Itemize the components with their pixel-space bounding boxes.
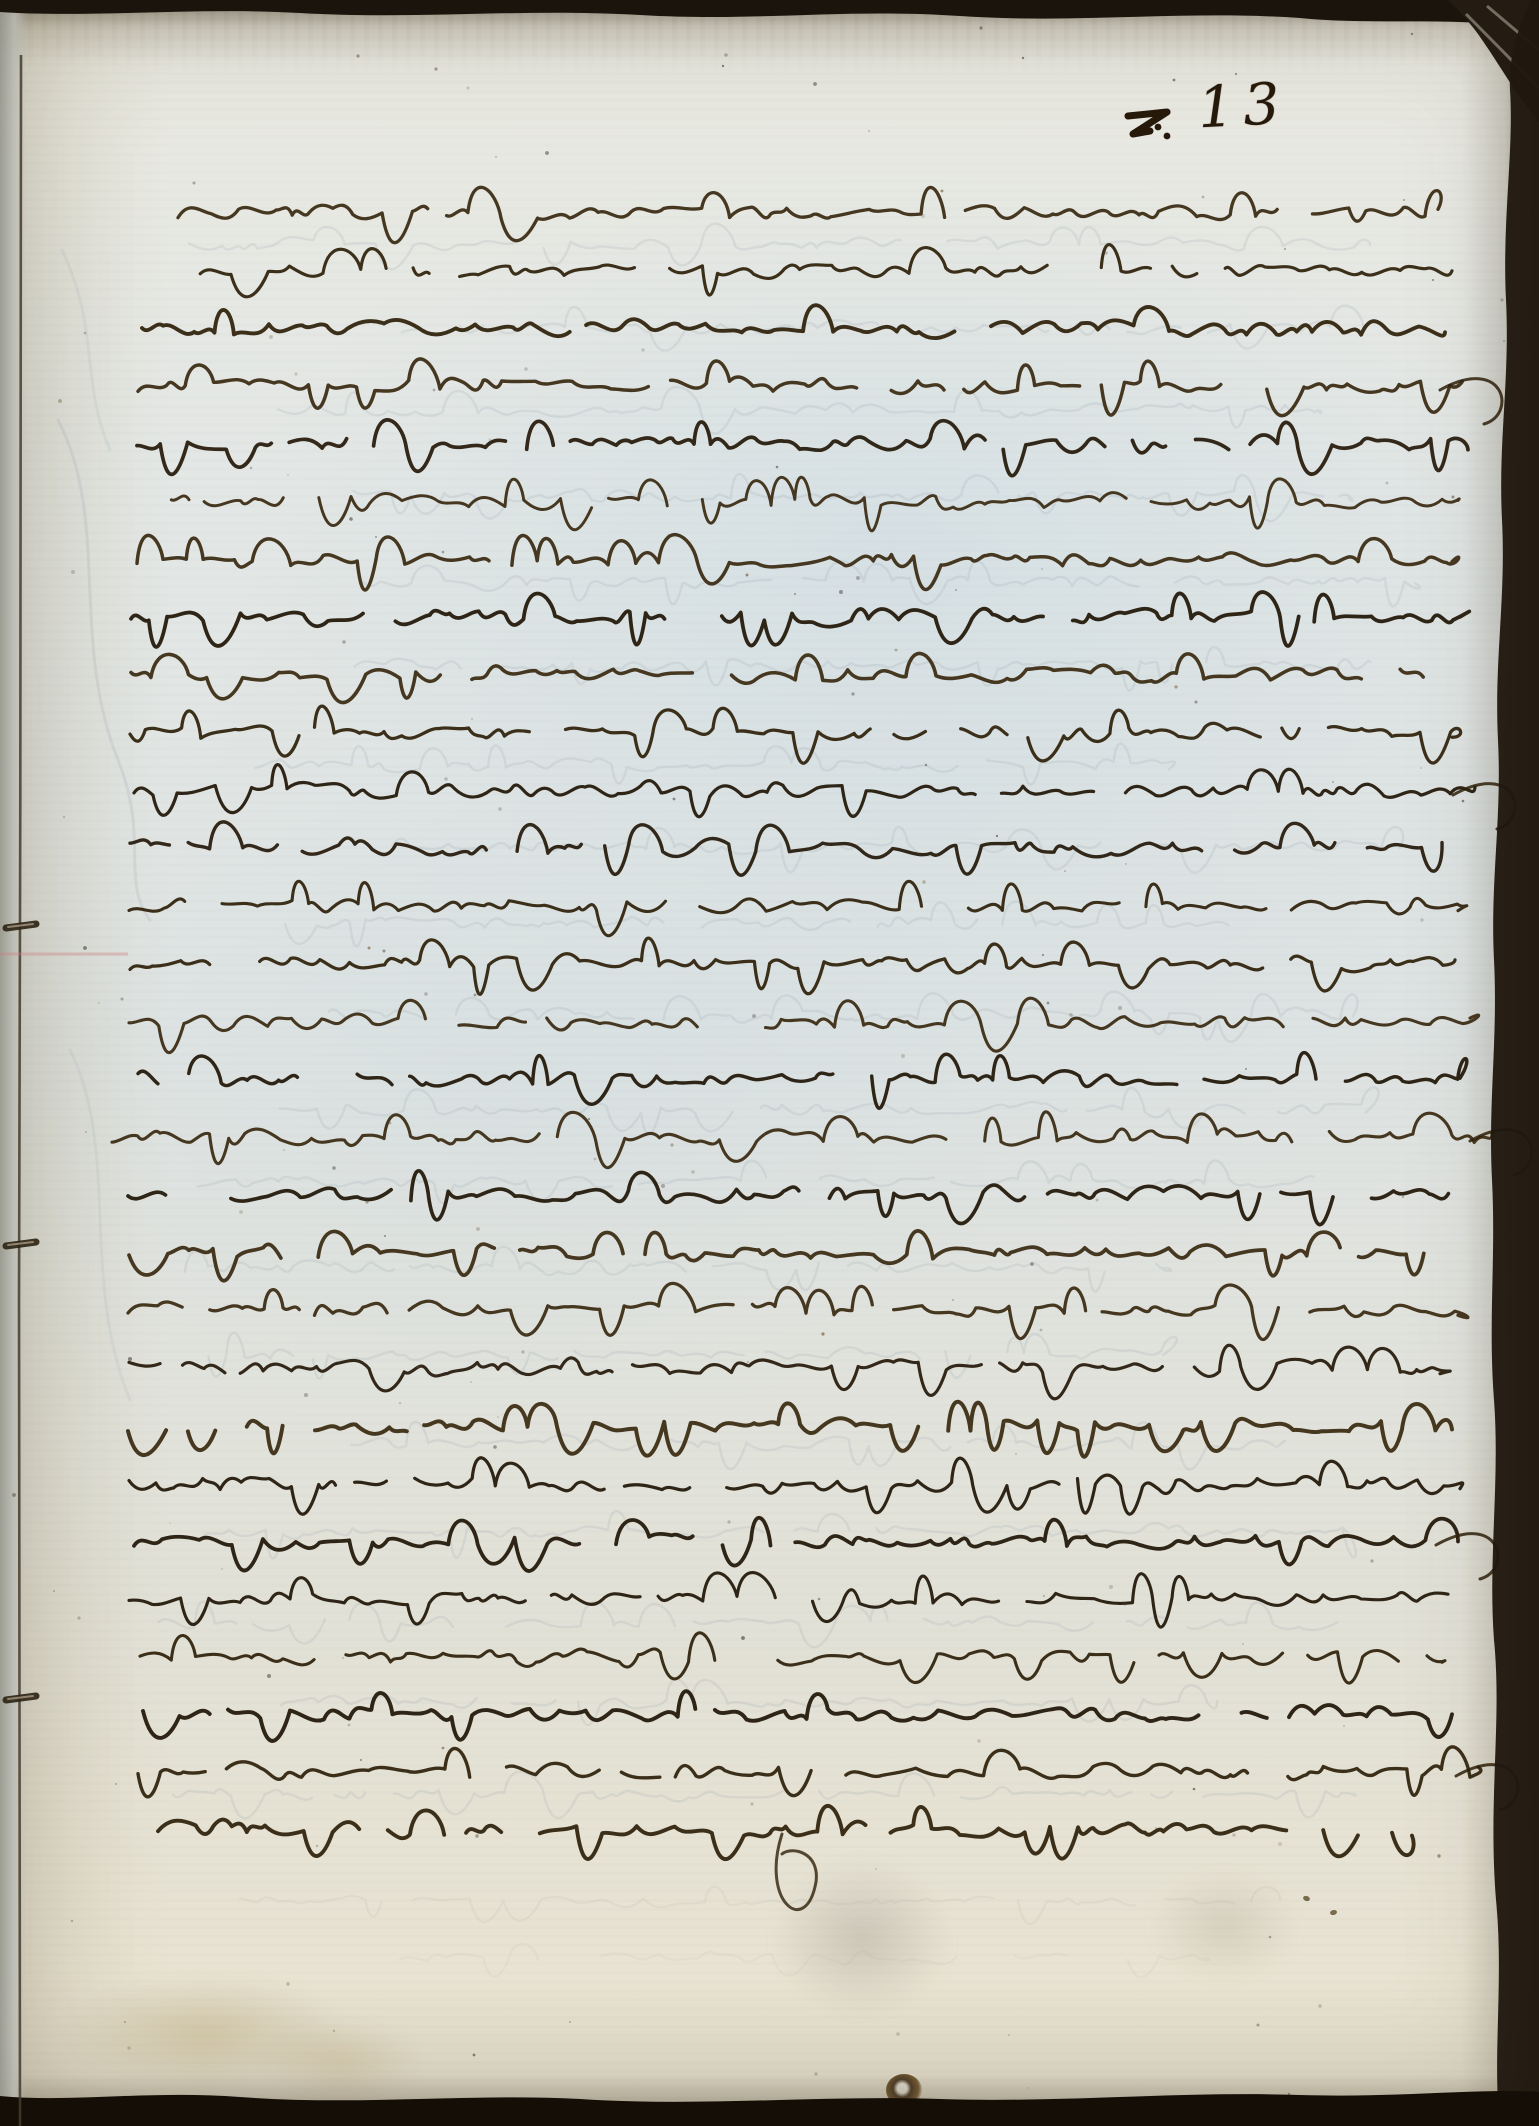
handwriting-line	[142, 305, 1445, 338]
paper-speck	[434, 67, 437, 70]
paper-speck	[124, 2021, 126, 2023]
paper-speck	[724, 53, 728, 57]
paper-speck	[821, 1332, 824, 1335]
showthrough-stroke	[158, 1601, 1364, 1647]
paper-speck	[267, 1674, 271, 1678]
paper-speck	[1411, 33, 1413, 35]
paper-speck	[925, 764, 927, 766]
paper-speck	[476, 1227, 480, 1231]
handwriting-line	[138, 1747, 1481, 1797]
paper-speck	[673, 798, 676, 801]
paper-speck	[433, 389, 436, 392]
paper-speck	[1015, 1453, 1017, 1455]
paper-speck	[286, 1982, 289, 1985]
paper-speck	[424, 992, 428, 996]
paper-speck	[1318, 2004, 1322, 2008]
paper-speck	[77, 1616, 80, 1619]
paper-speck	[1043, 1595, 1045, 1597]
page-top-dark-edge	[0, 0, 1539, 30]
paper-speck	[304, 1393, 308, 1397]
paper-speck	[475, 1834, 478, 1837]
paper-speck	[746, 574, 749, 577]
paper-speck	[979, 26, 982, 29]
paper-speck	[851, 692, 854, 695]
paper-speck	[955, 589, 957, 591]
paper-speck	[269, 335, 273, 339]
paper-speck	[384, 1235, 386, 1237]
paper-speck	[1420, 767, 1422, 769]
paper-speck	[741, 1636, 745, 1640]
showthrough-stroke	[278, 387, 1321, 434]
paper-speck	[365, 1200, 368, 1203]
paper-speck	[473, 2054, 476, 2057]
handwriting-line	[129, 1345, 1450, 1399]
paper-speck	[1042, 954, 1044, 956]
paper-speck	[1257, 2024, 1260, 2027]
paper-speck	[839, 590, 843, 594]
paper-speck	[495, 156, 497, 158]
page-right-dark-edge	[1491, 0, 1539, 2126]
final-descender-loop	[776, 1834, 816, 1910]
paper-speck	[1027, 2087, 1028, 2088]
handwriting-line	[129, 1231, 1443, 1281]
paper-speck	[1195, 701, 1198, 704]
paper-speck	[302, 961, 305, 964]
handwriting-line	[137, 420, 1468, 476]
paper-speck	[856, 576, 860, 580]
paper-speck	[1040, 1329, 1043, 1332]
paper-speck	[1343, 1725, 1345, 1727]
paper-speck	[1022, 57, 1024, 59]
paper-speck	[952, 1299, 954, 1301]
paper-speck	[922, 880, 926, 884]
paper-speck	[1503, 340, 1505, 342]
paper-speck	[588, 1118, 590, 1120]
showthrough-below-text	[240, 1887, 1280, 1924]
flourish-tail	[1440, 379, 1502, 424]
paper-speck	[497, 1416, 499, 1418]
paper-speck	[896, 2032, 900, 2036]
paper-speck	[670, 1143, 673, 1146]
paper-speck	[1242, 1643, 1244, 1645]
paper-speck	[1432, 279, 1434, 281]
paper-speck	[63, 816, 65, 818]
folio-number: 13	[1197, 76, 1290, 138]
paper-speck	[1064, 870, 1066, 872]
folio-number-area: 13	[1110, 78, 1320, 170]
handwriting-line	[131, 653, 1446, 702]
paper-speck	[901, 1054, 905, 1058]
showthrough-stroke	[204, 1511, 1355, 1558]
paper-speck	[389, 1122, 392, 1125]
paper-speck	[474, 994, 477, 997]
paper-speck	[1155, 1827, 1157, 1829]
paper-speck	[794, 593, 796, 595]
paper-speck	[368, 947, 371, 950]
paper-speck	[471, 718, 472, 719]
handwriting-line	[130, 938, 1455, 994]
paper-speck	[691, 1170, 694, 1173]
handwriting-line	[128, 1171, 1470, 1225]
handwriting-line	[143, 1691, 1452, 1741]
paper-speck	[722, 65, 724, 67]
paper-speck	[442, 1747, 445, 1750]
handwriting-line	[171, 477, 1459, 531]
paper-speck	[1008, 2034, 1010, 2036]
paper-speck	[875, 1868, 877, 1870]
paper-speck	[128, 1357, 132, 1361]
paper-speck	[594, 1158, 597, 1161]
paper-speck	[1462, 800, 1465, 803]
paper-speck	[1123, 1602, 1126, 1605]
paper-speck	[1284, 248, 1286, 250]
paper-speck	[1096, 1199, 1099, 1202]
paper-speck	[115, 1783, 117, 1785]
binding-fold-line	[19, 55, 21, 2126]
paper-speck	[1069, 1013, 1073, 1017]
paper-speck	[1174, 685, 1177, 688]
showthrough-stroke	[353, 474, 1352, 521]
paper-speck	[498, 807, 501, 810]
showthrough-stroke	[355, 647, 1370, 690]
paper-speck	[641, 348, 644, 351]
handwriting-line	[134, 1518, 1458, 1571]
paper-speck	[121, 998, 124, 1001]
paper-speck	[489, 439, 492, 442]
paper-speck	[326, 256, 328, 258]
paper-speck	[569, 2021, 570, 2022]
paper-speck	[332, 1166, 336, 1170]
showthrough-margin-arc	[58, 420, 150, 920]
paper-speck	[752, 1014, 756, 1018]
handwriting-line	[140, 1633, 1445, 1683]
handwriting-line	[128, 1402, 1452, 1457]
paper-speck	[342, 640, 345, 643]
paper-speck	[661, 1184, 665, 1188]
paper-speck	[1118, 1006, 1122, 1010]
paper-speck	[287, 474, 289, 476]
paper-speck	[58, 399, 62, 403]
paper-speck	[316, 1845, 318, 1847]
paper-speck	[1420, 918, 1423, 921]
paper-speck	[1232, 1833, 1236, 1837]
paper-speck	[1104, 251, 1107, 254]
handwriting-line	[134, 765, 1475, 817]
showthrough-stroke	[189, 224, 1370, 269]
showthrough-stroke	[173, 1772, 1356, 1819]
paper-speck	[444, 777, 448, 781]
paper-speck	[1500, 298, 1503, 301]
paper-speck	[1269, 1936, 1272, 1939]
paper-speck	[283, 1149, 285, 1151]
paper-speck	[727, 1520, 730, 1523]
paper-speck	[1402, 1196, 1404, 1198]
showthrough-stroke	[329, 992, 1358, 1042]
paper-speck	[1245, 1068, 1247, 1070]
paper-speck	[416, 1365, 419, 1368]
paper-speck	[1370, 1559, 1373, 1562]
paper-speck	[813, 82, 817, 86]
showthrough-stroke	[363, 561, 1419, 606]
paper-speck	[545, 151, 549, 155]
paper-speck	[85, 1131, 87, 1133]
paper-speck	[1127, 1426, 1129, 1428]
paper-speck	[221, 1568, 223, 1570]
paper-speck	[342, 1657, 343, 1658]
paper-speck	[941, 190, 944, 193]
manuscript-scan: 13	[0, 0, 1539, 2126]
paper-speck	[493, 1445, 497, 1449]
paper-speck	[977, 1739, 980, 1742]
paper-speck	[1193, 1788, 1196, 1791]
paper-speck	[1109, 1585, 1113, 1589]
paper-speck	[1125, 863, 1126, 864]
flourish-tail	[1436, 1534, 1498, 1579]
handwriting-line	[138, 1053, 1467, 1109]
paper-speck	[1278, 1842, 1282, 1846]
paper-speck	[521, 1350, 524, 1353]
paper-speck	[399, 1402, 401, 1404]
paper-speck	[83, 946, 87, 950]
paper-speck	[127, 2046, 131, 2050]
paper-speck	[1437, 1854, 1440, 1857]
paper-speck	[814, 2072, 817, 2075]
showthrough-margin-arc	[70, 1050, 130, 1400]
handwriting-text-block	[112, 187, 1532, 1909]
paper-speck	[467, 87, 470, 90]
paper-speck	[750, 1802, 753, 1805]
showthrough-stroke	[255, 744, 1175, 785]
handwriting-line	[131, 592, 1469, 647]
paper-speck	[868, 130, 870, 132]
paper-speck	[193, 182, 196, 185]
paper-speck	[818, 1598, 821, 1601]
showthrough-stroke	[198, 1160, 1314, 1203]
paper-speck	[1386, 482, 1389, 485]
paper-speck	[71, 570, 75, 574]
paper-speck	[356, 54, 359, 57]
handwriting-line	[112, 1112, 1492, 1168]
paper-speck	[1202, 196, 1205, 199]
showthrough-below-text	[400, 1944, 1210, 1977]
paper-speck	[169, 1522, 170, 1523]
page-bottom-dark-edge	[0, 2091, 1539, 2126]
handwriting-line	[200, 245, 1452, 297]
paper-speck	[383, 950, 386, 953]
paper-speck	[852, 814, 855, 817]
paper-speck	[360, 1759, 362, 1761]
paper-speck	[442, 551, 445, 554]
paper-speck	[84, 332, 87, 335]
paper-speck	[12, 1493, 16, 1497]
handwriting-line	[129, 1458, 1463, 1514]
paper-speck	[1047, 1002, 1050, 1005]
paper-speck	[294, 372, 297, 375]
handwriting-line	[129, 1573, 1448, 1628]
paper-speck	[594, 1244, 596, 1246]
showthrough-margin-arc	[62, 250, 110, 450]
paper-speck	[348, 1724, 351, 1727]
paper-speck	[524, 367, 528, 371]
paper-speck	[239, 1210, 243, 1214]
paper-speck	[349, 517, 353, 521]
paper-speck	[895, 649, 898, 652]
paper-speck	[1181, 334, 1183, 336]
showthrough-stroke	[285, 902, 1228, 947]
paper-speck	[996, 835, 998, 837]
binding-stitches	[6, 924, 36, 1700]
paper-speck	[470, 1381, 472, 1383]
paper-speck	[776, 466, 779, 469]
paper-speck	[747, 1361, 749, 1363]
paper-speck	[1041, 568, 1043, 570]
paper-speck	[250, 467, 252, 469]
paper-speck	[1332, 781, 1334, 783]
handwriting-line	[178, 187, 1441, 242]
paper-speck	[1030, 1262, 1034, 1266]
paper-speck	[333, 2030, 335, 2032]
paper-speck	[53, 1590, 55, 1592]
paper-speck	[921, 214, 925, 218]
paper-speck	[375, 536, 377, 538]
paper-speck	[1403, 199, 1405, 201]
paper-speck	[98, 1002, 100, 1004]
manuscript-artwork	[0, 0, 1539, 2126]
paper-speck	[1263, 771, 1266, 774]
paper-speck	[71, 1920, 73, 1922]
handwriting-line	[128, 1283, 1468, 1339]
paper-speck	[1452, 496, 1455, 499]
